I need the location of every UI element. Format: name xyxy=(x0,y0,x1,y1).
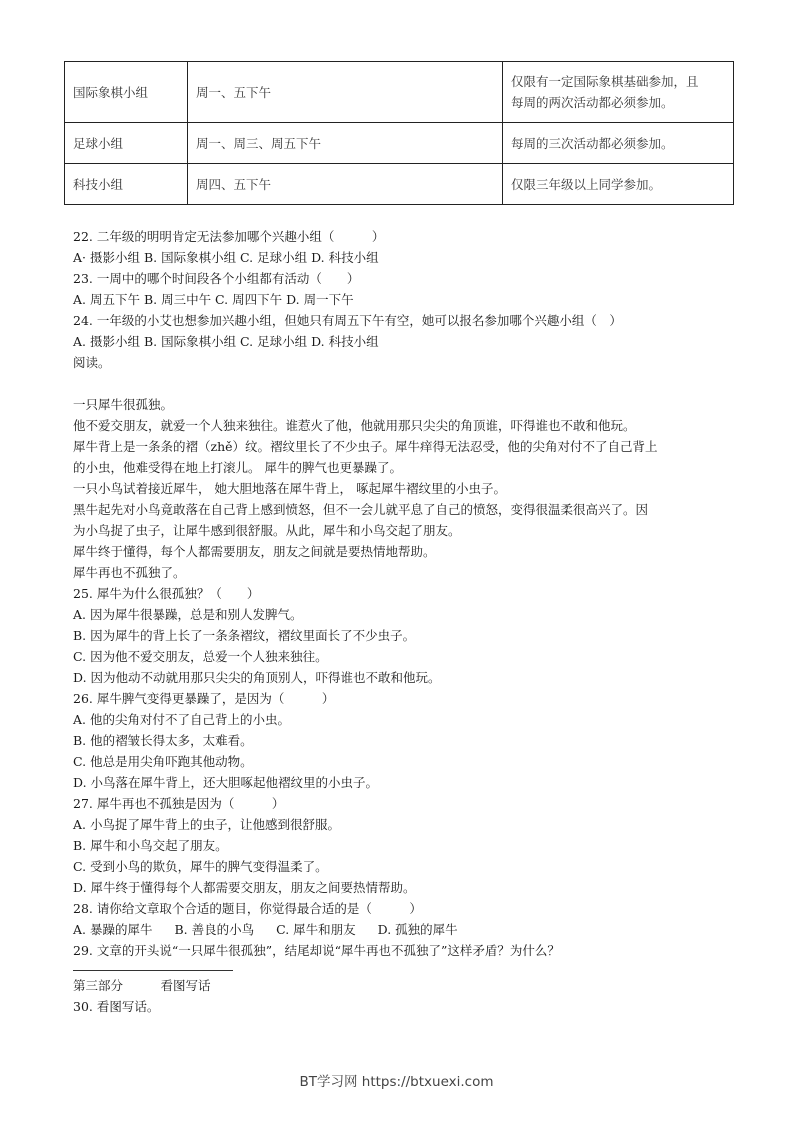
note-cell: 仅限三年级以上同学参加。 xyxy=(503,164,734,205)
passage-line: 犀牛背上是一条条的褶（zhě）纹。褶纹里长了不少虫子。犀牛痒得无法忍受，他的尖角… xyxy=(73,436,743,457)
time-cell: 周四、五下午 xyxy=(188,164,503,205)
option-c: C. 因为他不爱交朋友，总爱一个人独来独往。 xyxy=(73,646,743,667)
question-24-options: A. 摄影小组 B. 国际象棋小组 C. 足球小组 D. 科技小组 xyxy=(73,331,743,352)
question-24-stem: 24. 一年级的小艾也想参加兴趣小组，但她只有周五下午有空，她可以报名参加哪个兴… xyxy=(73,310,743,331)
group-name-cell: 科技小组 xyxy=(65,164,188,205)
option-d: D. 犀牛终于懂得每个人都需要交朋友，朋友之间要热情帮助。 xyxy=(73,877,743,898)
note-cell: 每周的三次活动都必须参加。 xyxy=(503,123,734,164)
part-three: 第三部分 看图写话 30. 看图写话。 xyxy=(73,975,743,1017)
passage-line: 犀牛终于懂得，每个人都需要朋友，朋友之间就是要热情地帮助。 xyxy=(73,541,743,562)
question-28-options: A. 暴躁的犀牛 B. 善良的小鸟 C. 犀牛和朋友 D. 孤独的犀牛 xyxy=(73,919,743,940)
option-b: B. 因为犀牛的背上长了一条条褶纹，褶纹里面长了不少虫子。 xyxy=(73,625,743,646)
option-a: A. 小鸟捉了犀牛背上的虫子，让他感到很舒服。 xyxy=(73,814,743,835)
passage-line: 的小虫，他难受得在地上打滚儿。 犀牛的脾气也更暴躁了。 xyxy=(73,457,743,478)
spacer xyxy=(73,373,743,394)
question-27-stem: 27. 犀牛再也不孤独是因为（ ） xyxy=(73,793,743,814)
reading-label: 阅读。 xyxy=(73,352,743,373)
option-b: B. 他的褶皱长得太多，太难看。 xyxy=(73,730,743,751)
question-30-stem: 30. 看图写话。 xyxy=(73,996,743,1017)
group-name-cell: 国际象棋小组 xyxy=(65,62,188,123)
option-b: B. 犀牛和小鸟交起了朋友。 xyxy=(73,835,743,856)
option-d: D. 小鸟落在犀牛背上，还大胆啄起他褶纹里的小虫子。 xyxy=(73,772,743,793)
question-23-options: A. 周五下午 B. 周三中午 C. 周四下午 D. 周一下午 xyxy=(73,289,743,310)
table-row: 国际象棋小组 周一、五下午 仅限有一定国际象棋基础参加，且 每周的两次活动都必须… xyxy=(65,62,734,123)
passage-line: 为小鸟捉了虫子，让犀牛感到很舒服。从此，犀牛和小鸟交起了朋友。 xyxy=(73,520,743,541)
passage-line: 他不爱交朋友，就爱一个人独来独往。谁惹火了他，他就用那只尖尖的角顶谁，吓得谁也不… xyxy=(73,415,743,436)
option-d: D. 因为他动不动就用那只尖尖的角顶别人，吓得谁也不敢和他玩。 xyxy=(73,667,743,688)
question-body: 22. 二年级的明明肯定无法参加哪个兴趣小组（ ） A· 摄影小组 B. 国际象… xyxy=(73,226,743,961)
note-line: 每周的两次活动都必须参加。 xyxy=(511,92,725,113)
time-cell: 周一、五下午 xyxy=(188,62,503,123)
option-a: A. 因为犀牛很暴躁，总是和别人发脾气。 xyxy=(73,604,743,625)
time-cell: 周一、周三、周五下午 xyxy=(188,123,503,164)
passage-line: 犀牛再也不孤独了。 xyxy=(73,562,743,583)
note-cell: 仅限有一定国际象棋基础参加，且 每周的两次活动都必须参加。 xyxy=(503,62,734,123)
interest-group-table: 国际象棋小组 周一、五下午 仅限有一定国际象棋基础参加，且 每周的两次活动都必须… xyxy=(64,61,734,205)
option-c: C. 他总是用尖角吓跑其他动物。 xyxy=(73,751,743,772)
option-b: B. 善良的小鸟 xyxy=(174,919,254,940)
question-23-stem: 23. 一周中的哪个时间段各个小组都有活动（ ） xyxy=(73,268,743,289)
note-line: 仅限有一定国际象棋基础参加，且 xyxy=(511,71,725,92)
passage-line: 黑牛起先对小鸟竟敢落在自己背上感到愤怒，但不一会儿就平息了自己的愤怒，变得很温柔… xyxy=(73,499,743,520)
option-a: A. 暴躁的犀牛 xyxy=(73,919,152,940)
option-a: A. 他的尖角对付不了自己背上的小虫。 xyxy=(73,709,743,730)
option-d: D. 孤独的犀牛 xyxy=(378,919,458,940)
option-c: C. 犀牛和朋友 xyxy=(276,919,356,940)
passage-line: 一只犀牛很孤独。 xyxy=(73,394,743,415)
exam-page: 国际象棋小组 周一、五下午 仅限有一定国际象棋基础参加，且 每周的两次活动都必须… xyxy=(0,0,793,1122)
passage-line: 一只小鸟试着接近犀牛， 她大胆地落在犀牛背上， 啄起犀牛褶纹里的小虫子。 xyxy=(73,478,743,499)
question-29-stem: 29. 文章的开头说“一只犀牛很孤独”，结尾却说“犀牛再也不孤独了”这样矛盾？为… xyxy=(73,940,743,961)
table-row: 科技小组 周四、五下午 仅限三年级以上同学参加。 xyxy=(65,164,734,205)
question-22-options: A· 摄影小组 B. 国际象棋小组 C. 足球小组 D. 科技小组 xyxy=(73,247,743,268)
question-25-stem: 25. 犀牛为什么很孤独？（ ） xyxy=(73,583,743,604)
question-26-stem: 26. 犀牛脾气变得更暴躁了，是因为（ ） xyxy=(73,688,743,709)
table-row: 足球小组 周一、周三、周五下午 每周的三次活动都必须参加。 xyxy=(65,123,734,164)
part-three-title: 第三部分 看图写话 xyxy=(73,975,743,996)
group-name-cell: 足球小组 xyxy=(65,123,188,164)
question-22-stem: 22. 二年级的明明肯定无法参加哪个兴趣小组（ ） xyxy=(73,226,743,247)
footer-watermark: BT学习网 https://btxuexi.com xyxy=(0,1070,793,1090)
question-28-stem: 28. 请你给文章取个合适的题目，你觉得最合适的是（ ） xyxy=(73,898,743,919)
section-divider xyxy=(73,970,233,971)
option-c: C. 受到小鸟的欺负，犀牛的脾气变得温柔了。 xyxy=(73,856,743,877)
